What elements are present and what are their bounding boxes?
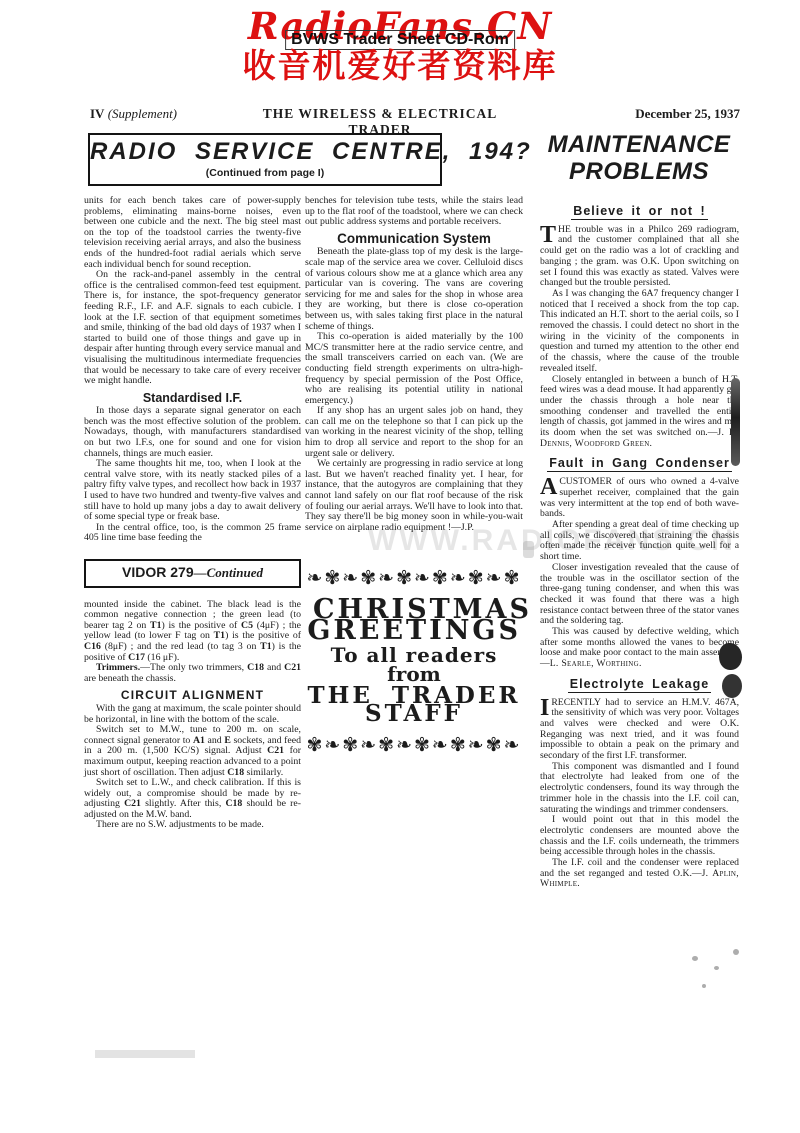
body-paragraph: We certainly are progressing in radio se… <box>305 459 523 533</box>
body-paragraph: In those days a separate signal generato… <box>84 406 301 459</box>
greeting-line-greetings: GREETINGS <box>305 626 523 637</box>
body-paragraph: This was caused by defective welding, wh… <box>540 627 739 670</box>
section-heading-communication-system: Communication System <box>305 234 523 245</box>
body-paragraph: With the gang at maximum, the scale poin… <box>84 704 301 725</box>
body-paragraph: There are no S.W. adjustments to be made… <box>84 820 301 831</box>
greeting-line-staff: STAFF <box>305 709 523 720</box>
body-paragraph: As I was changing the 6A7 frequency chan… <box>540 289 739 375</box>
section-heading-electrolyte-leakage: Electrolyte Leakage <box>540 679 739 693</box>
scanned-journal-page: RadioFans.CN BVWS Trader Sheet CD-Rom 收音… <box>0 0 800 1133</box>
ornament-border-top: ❧✾❧✾❧✾❧✾❧✾❧✾ <box>305 567 523 589</box>
body-paragraph: The same thoughts hit me, too, when I lo… <box>84 459 301 523</box>
page-number: IV <box>90 106 104 121</box>
scan-artifact <box>523 541 534 558</box>
body-paragraph: This co-operation is aided materially by… <box>305 332 523 406</box>
chinese-watermark-title: 收音机爱好者资料库 <box>0 40 800 87</box>
body-paragraph: This component was dismantled and I foun… <box>540 762 739 816</box>
body-paragraph: The I.F. coil and the condenser were rep… <box>540 858 739 890</box>
maintenance-title-line1: MAINTENANCE <box>538 131 740 158</box>
body-paragraph: Switch set to L.W., and check calibratio… <box>84 778 301 820</box>
article-subtitle: (Continued from page I) <box>90 167 440 179</box>
maintenance-title-line2: PROBLEMS <box>538 158 740 185</box>
greeting-line-from: from <box>305 669 523 680</box>
article-title-box: RADIO SERVICE CENTRE, 194? (Continued fr… <box>88 133 442 186</box>
vidor-continued-label: —Continued <box>194 565 263 580</box>
scan-artifact <box>702 984 706 988</box>
body-paragraph: A CUSTOMER of ours who owned a 4-valve s… <box>540 477 739 520</box>
vidor-model-label: VIDOR 279 <box>122 564 194 580</box>
section-heading-standardised-if: Standardised I.F. <box>84 393 301 404</box>
body-paragraph: In the central office, too, is the commo… <box>84 523 301 544</box>
body-paragraph: If any shop has an urgent sales job on h… <box>305 406 523 459</box>
body-paragraph: Trimmers.—The only two trimmers, C18 and… <box>84 663 301 684</box>
body-paragraph: THE trouble was in a Philco 269 radiogra… <box>540 225 739 289</box>
maintenance-problems-title: MAINTENANCE PROBLEMS <box>538 131 740 185</box>
faint-watermark-text: WWW.RADIOFANS.CN <box>368 524 736 558</box>
scan-artifact <box>714 966 719 970</box>
body-paragraph: Beneath the plate-glass top of my desk i… <box>305 247 523 332</box>
scan-artifact <box>692 956 698 961</box>
section-heading-circuit-alignment: CIRCUIT ALIGNMENT <box>84 690 301 701</box>
supplement-label: (Supplement) <box>108 106 177 121</box>
body-paragraph: Closely entangled in between a bunch of … <box>540 375 739 450</box>
body-paragraph: On the rack-and-panel assembly in the ce… <box>84 270 301 387</box>
issue-date: December 25, 1937 <box>600 106 740 122</box>
scan-artifact <box>95 1050 195 1058</box>
ornament-border-bottom: ✾❧✾❧✾❧✾❧✾❧✾❧ <box>305 734 523 756</box>
scan-artifact <box>722 674 742 698</box>
christmas-greetings-panel: ❧✾❧✾❧✾❧✾❧✾❧✾ CHRISTMAS GREETINGS To all … <box>305 567 523 756</box>
column-middle: benches for television tube tests, while… <box>305 196 523 756</box>
section-heading-believe-it-or-not: Believe it or not ! <box>540 206 739 220</box>
body-paragraph: benches for television tube tests, while… <box>305 196 523 228</box>
body-paragraph: I RECENTLY had to service an H.M.V. 467A… <box>540 698 739 762</box>
page-number-block: IV (Supplement) <box>90 106 177 122</box>
scan-artifact <box>733 949 739 955</box>
column-left: units for each bench takes care of power… <box>84 196 301 831</box>
vidor-continued-box: VIDOR 279—Continued <box>84 559 301 588</box>
body-paragraph: Switch set to M.W., tune to 200 m. on sc… <box>84 725 301 778</box>
greeting-line-readers: To all readers <box>305 650 523 661</box>
article-title: RADIO SERVICE CENTRE, 194? <box>90 138 440 166</box>
section-heading-gang-condenser: Fault in Gang Condenser <box>540 458 739 472</box>
scan-artifact <box>731 378 740 466</box>
body-paragraph: I would point out that in this model the… <box>540 815 739 858</box>
scan-artifact <box>719 643 742 670</box>
body-paragraph: Closer investigation revealed that the c… <box>540 563 739 627</box>
body-paragraph: mounted inside the cabinet. The black le… <box>84 600 301 664</box>
body-paragraph: units for each bench takes care of power… <box>84 196 301 270</box>
